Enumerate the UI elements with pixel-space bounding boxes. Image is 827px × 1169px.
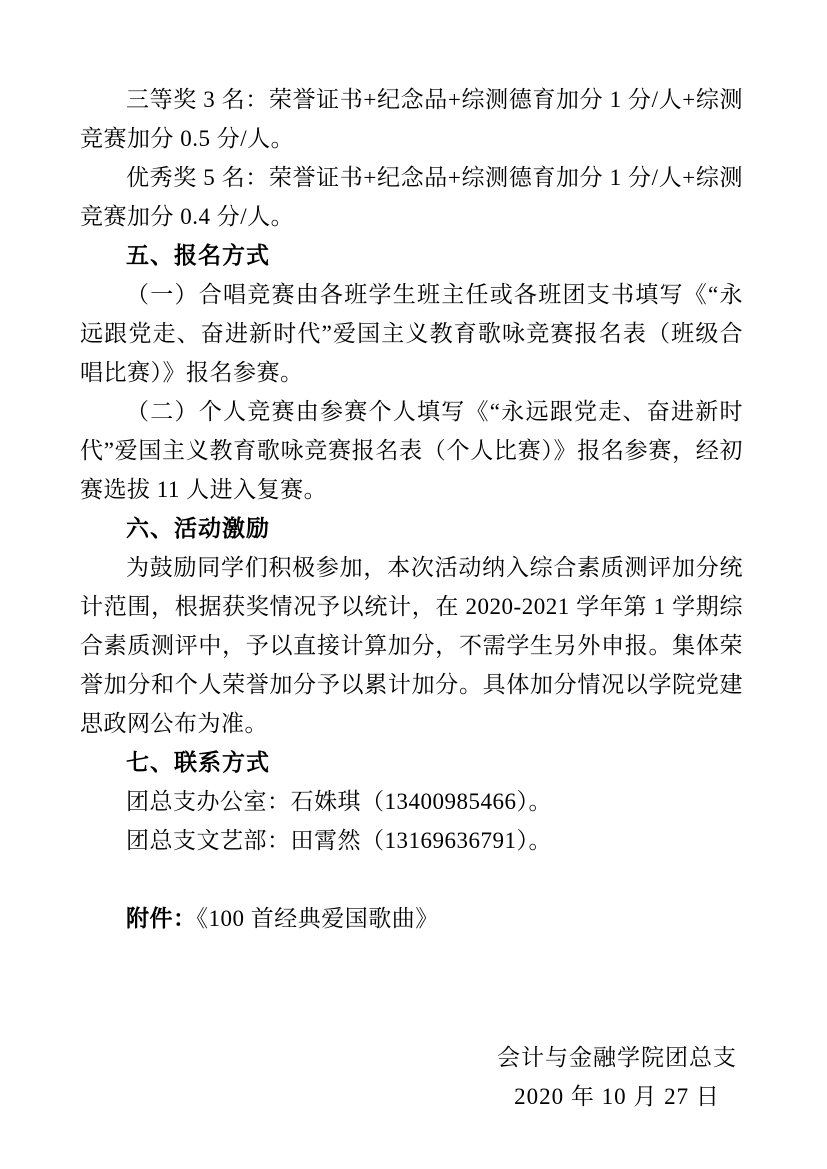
section-heading-contact: 七、联系方式 [80, 743, 743, 782]
paragraph-contact-arts: 团总支文艺部：田霄然（13169636791）。 [80, 821, 743, 860]
paragraph-chorus-registration: （一）合唱竞赛由各班学生班主任或各班团支书填写《“永远跟党走、奋进新时代”爱国主… [80, 275, 743, 392]
paragraph-individual-registration: （二）个人竞赛由参赛个人填写《“永远跟党走、奋进新时代”爱国主义教育歌咏竞赛报名… [80, 392, 743, 509]
paragraph-incentive-detail: 为鼓励同学们积极参加，本次活动纳入综合素质测评加分统计范围，根据获奖情况予以统计… [80, 548, 743, 743]
paragraph-excellence-prize: 优秀奖 5 名：荣誉证书+纪念品+综测德育加分 1 分/人+综测竞赛加分 0.4… [80, 158, 743, 236]
attachment-label: 附件： [126, 905, 197, 931]
attachment-line: 附件：《100 首经典爱国歌曲》 [80, 899, 743, 938]
section-heading-registration: 五、报名方式 [80, 236, 743, 275]
document-page: 三等奖 3 名：荣誉证书+纪念品+综测德育加分 1 分/人+综测竞赛加分 0.5… [0, 0, 827, 1169]
section-heading-incentive: 六、活动激励 [80, 509, 743, 548]
paragraph-contact-office: 团总支办公室：石姝琪（13400985466）。 [80, 782, 743, 821]
signature-org: 会计与金融学院团总支 [497, 1038, 737, 1077]
paragraph-third-prize: 三等奖 3 名：荣誉证书+纪念品+综测德育加分 1 分/人+综测竞赛加分 0.5… [80, 80, 743, 158]
attachment-title: 《100 首经典爱国歌曲》 [197, 906, 439, 931]
signature-block: 会计与金融学院团总支 2020 年 10 月 27 日 [80, 1038, 743, 1116]
signature-date: 2020 年 10 月 27 日 [497, 1077, 737, 1116]
